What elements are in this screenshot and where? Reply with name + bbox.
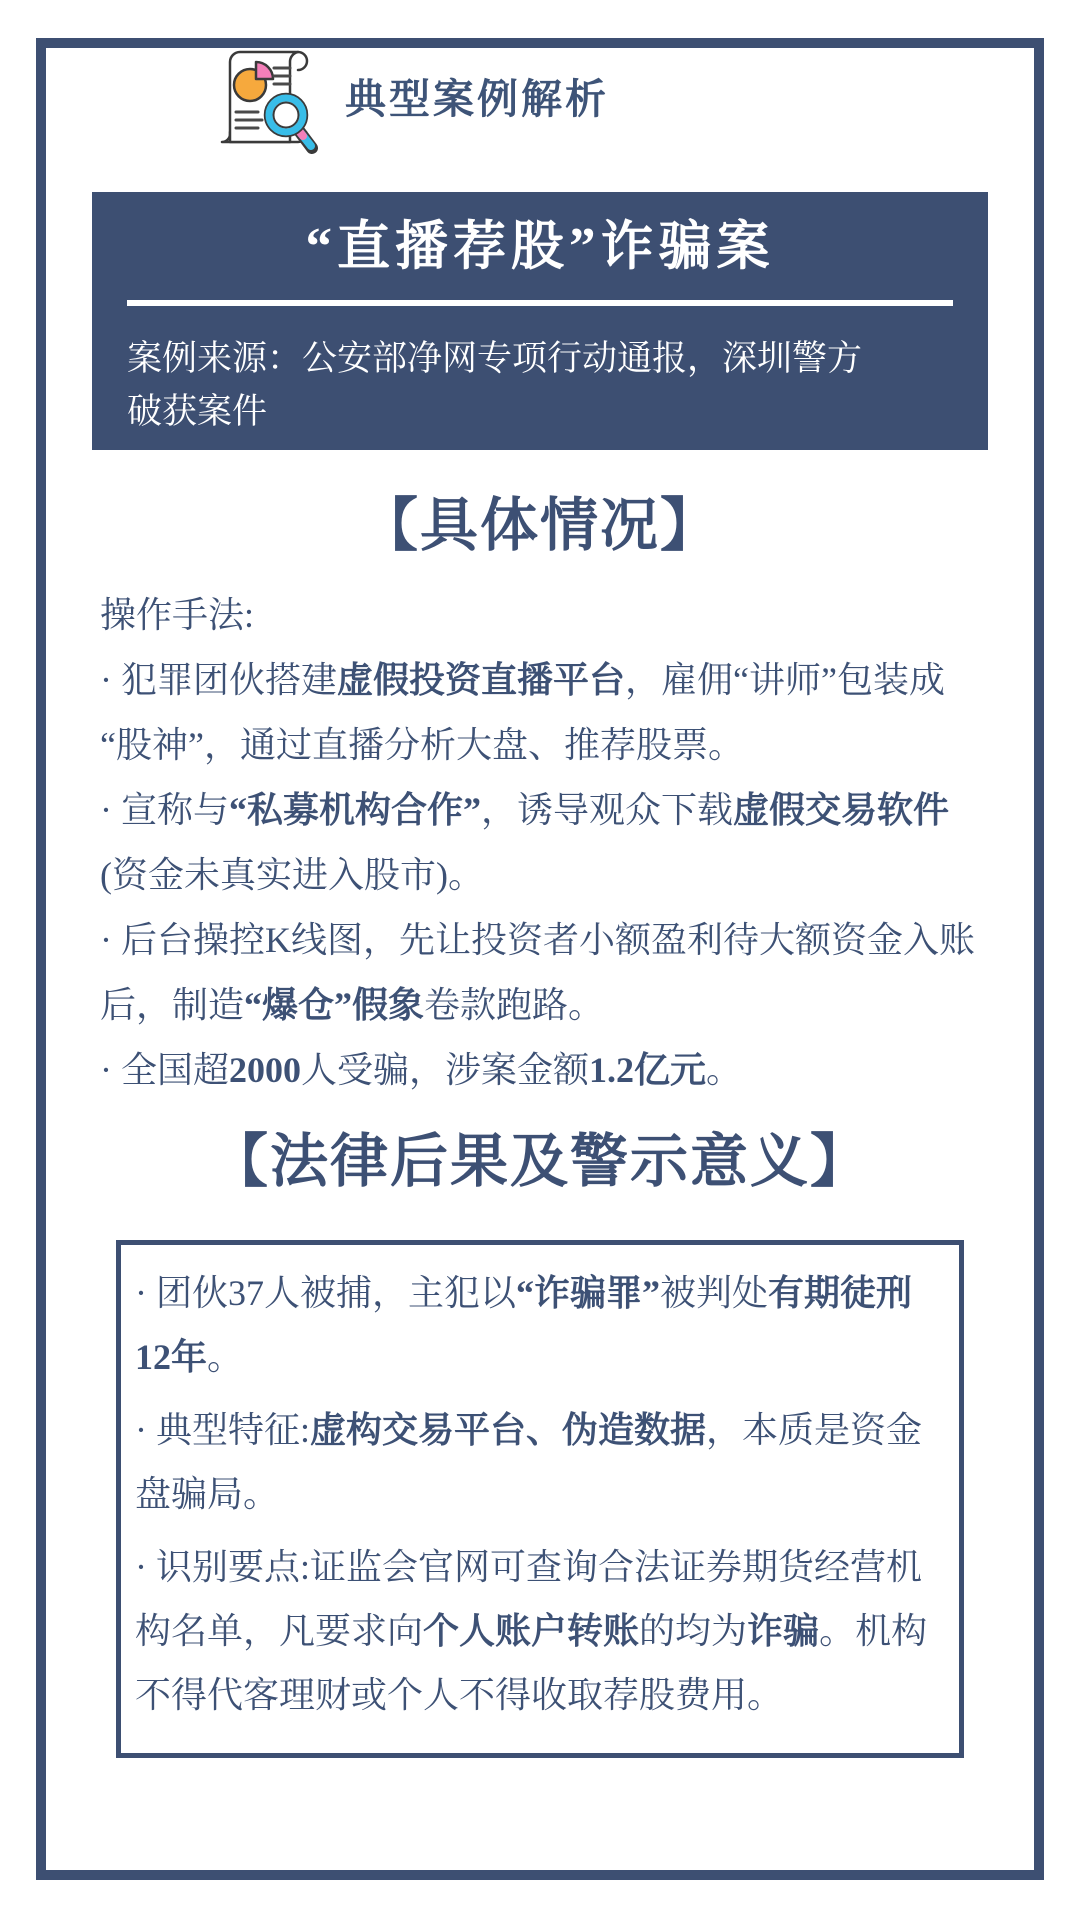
- page-title: 典型案例解析: [345, 66, 609, 125]
- bullet-item: · 团伙37人被捕，主犯以“诈骗罪”被判处有期徒刑 12年。: [135, 1261, 945, 1389]
- bullet-item: · 犯罪团伙搭建虚假投资直播平台，雇佣“讲师”包装成 “股神”，通过直播分析大盘…: [100, 648, 988, 778]
- case-source: 案例来源：公安部净网专项行动通报，深圳警方 破获案件: [127, 332, 953, 438]
- bullet-item: · 宣称与“私募机构合作”，诱导观众下载虚假交易软件 (资金未真实进入股市)。: [100, 778, 988, 908]
- document-magnifier-piechart-icon: [200, 42, 330, 162]
- bullet-item: · 全国超2000人受骗，涉案金额1.2亿元。: [100, 1038, 988, 1103]
- section-heading-consequence: 【法律后果及警示意义】: [0, 1114, 1080, 1198]
- banner-divider: [127, 300, 953, 306]
- consequence-box: · 团伙37人被捕，主犯以“诈骗罪”被判处有期徒刑 12年。· 典型特征:虚构交…: [116, 1240, 964, 1758]
- section-heading-situation: 【具体情况】: [0, 478, 1080, 562]
- situation-bullet-list: · 犯罪团伙搭建虚假投资直播平台，雇佣“讲师”包装成 “股神”，通过直播分析大盘…: [100, 648, 988, 1103]
- situation-body: 操作手法: · 犯罪团伙搭建虚假投资直播平台，雇佣“讲师”包装成 “股神”，通过…: [100, 583, 988, 1103]
- bullet-item: · 典型特征:虚构交易平台、伪造数据，本质是资金 盘骗局。: [135, 1398, 945, 1526]
- case-title: “直播荐股”诈骗案: [127, 216, 953, 278]
- case-analysis-poster: 典型案例解析 “直播荐股”诈骗案 案例来源：公安部净网专项行动通报，深圳警方 破…: [0, 0, 1080, 1920]
- consequence-bullet-list: · 团伙37人被捕，主犯以“诈骗罪”被判处有期徒刑 12年。· 典型特征:虚构交…: [135, 1261, 945, 1727]
- situation-lead: 操作手法:: [100, 583, 988, 648]
- bullet-item: · 识别要点:证监会官网可查询合法证券期货经营机 构名单，凡要求向个人账户转账的…: [135, 1535, 945, 1727]
- title-banner: “直播荐股”诈骗案 案例来源：公安部净网专项行动通报，深圳警方 破获案件: [92, 192, 988, 450]
- bullet-item: · 后台操控K线图，先让投资者小额盈利待大额资金入账 后，制造“爆仓”假象卷款跑…: [100, 908, 988, 1038]
